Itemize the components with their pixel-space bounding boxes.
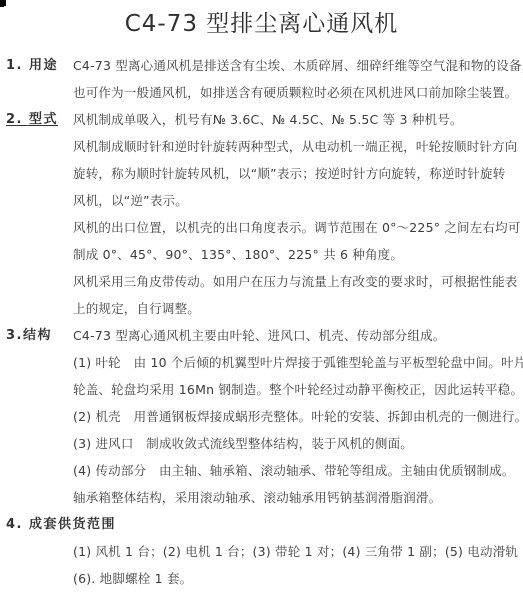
text-line: 风机的出口位置，以机壳的出口角度表示。调节范围在 0°～225° 之间左右均可 — [73, 220, 521, 235]
section-label: 4. 成套供货范围 — [6, 511, 116, 538]
text-line: (6). 地脚螺栓 1 套。 — [73, 571, 192, 586]
text-line-row: 风机，以“逆”表示。 — [0, 187, 523, 214]
text-line: 制成 0°、45°、90°、135°、180°、225° 共 6 种角度。 — [73, 247, 403, 262]
text-line-row: (4) 传动部分 由主轴、轴承箱、滚动轴承、带轮等组成。主轴由优质钢制成。 — [0, 457, 523, 484]
scan-artifact-right — [0, 0, 6, 6]
text-line: (4) 传动部分 由主轴、轴承箱、滚动轴承、带轮等组成。主轴由优质钢制成。 — [73, 463, 515, 478]
text-line-row: 旋转，称为顺时针旋转风机，以“顺”表示；按逆时针方向旋转，称逆时针旋转 — [0, 160, 523, 187]
text-line: 风机，以“逆”表示。 — [73, 193, 188, 208]
text-line: 上的规定，自行调整。 — [73, 301, 200, 316]
text-line: (1) 叶轮 由 10 个后倾的机翼型叶片焊接于弧锥型轮盖与平板型轮盘中间。叶片… — [73, 355, 523, 370]
text-line: 轴承箱整体结构，采用滚动轴承、滚动轴承用钙钠基润滑脂润滑。 — [73, 490, 441, 505]
text-line: C4-73 型离心通风机是排送含有尘埃、木质碎屑、细碎纤维等空气混和物的设备， — [73, 58, 523, 73]
text-line-row: (1) 叶轮 由 10 个后倾的机翼型叶片焊接于弧锥型轮盖与平板型轮盘中间。叶片… — [0, 349, 523, 376]
text-line: C4-73 型离心通风机主要由叶轮、进风口、机壳、传动部分组成。 — [73, 328, 445, 343]
text-line-row: 风机制成顺时针和逆时针旋转两种型式，从电动机一端正视，叶轮按顺时针方向 — [0, 133, 523, 160]
text-line-row: (6). 地脚螺栓 1 套。 — [0, 565, 523, 592]
text-line: 风机制成顺时针和逆时针旋转两种型式，从电动机一端正视，叶轮按顺时针方向 — [73, 139, 518, 154]
document-body: 1. 用途C4-73 型离心通风机是排送含有尘埃、木质碎屑、细碎纤维等空气混和物… — [0, 52, 523, 592]
section-heading-row: 4. 成套供货范围 — [0, 511, 523, 538]
text-line-row: 上的规定，自行调整。 — [0, 295, 523, 322]
text-line: 旋转，称为顺时针旋转风机，以“顺”表示；按逆时针方向旋转，称逆时针旋转 — [73, 166, 505, 181]
text-line-row: 也可作为一般通风机，如排送含有硬质颗粒时必须在风机进风口前加除尘装置。 — [0, 79, 523, 106]
document-page: C4-73 型排尘离心通风机 1. 用途C4-73 型离心通风机是排送含有尘埃、… — [0, 0, 523, 593]
text-line-row: (3) 进风口 制成收敛式流线型整体结构，装于风机的侧面。 — [0, 430, 523, 457]
text-line: 风机采用三角皮带传动。如用户在压力与流量上有改变的要求时，可根据性能表 — [73, 274, 518, 289]
text-line-row: 3.结构C4-73 型离心通风机主要由叶轮、进风口、机壳、传动部分组成。 — [0, 322, 523, 349]
text-line: (2) 机壳 用普通钢板焊接成蜗形壳整体。叶轮的安装、拆卸由机壳的一侧进行。 — [73, 409, 523, 424]
text-line-row: (2) 机壳 用普通钢板焊接成蜗形壳整体。叶轮的安装、拆卸由机壳的一侧进行。 — [0, 403, 523, 430]
text-line-row: 轮盖、轮盘均采用 16Mn 钢制造。整个叶轮经过动静平衡校正，因此运转平稳。 — [0, 376, 523, 403]
text-line: 风机制成单吸入，机号有№ 3.6C、№ 4.5C、№ 5.5C 等 3 种机号。 — [73, 112, 463, 127]
section-label: 1. 用途 — [6, 52, 58, 79]
text-line: 轮盖、轮盘均采用 16Mn 钢制造。整个叶轮经过动静平衡校正，因此运转平稳。 — [73, 382, 523, 397]
text-line-row: (1) 风机 1 台；(2) 电机 1 台；(3) 带轮 1 对；(4) 三角带… — [0, 538, 523, 565]
text-line: 也可作为一般通风机，如排送含有硬质颗粒时必须在风机进风口前加除尘装置。 — [73, 85, 518, 100]
text-line-row: 轴承箱整体结构，采用滚动轴承、滚动轴承用钙钠基润滑脂润滑。 — [0, 484, 523, 511]
text-line-row: 1. 用途C4-73 型离心通风机是排送含有尘埃、木质碎屑、细碎纤维等空气混和物… — [0, 52, 523, 79]
text-line-row: 2. 型式风机制成单吸入，机号有№ 3.6C、№ 4.5C、№ 5.5C 等 3… — [0, 106, 523, 133]
document-title: C4-73 型排尘离心通风机 — [0, 5, 523, 38]
section-label: 2. 型式 — [6, 106, 58, 133]
text-line: (3) 进风口 制成收敛式流线型整体结构，装于风机的侧面。 — [73, 436, 413, 451]
text-line-row: 风机的出口位置，以机壳的出口角度表示。调节范围在 0°～225° 之间左右均可 — [0, 214, 523, 241]
text-line: (1) 风机 1 台；(2) 电机 1 台；(3) 带轮 1 对；(4) 三角带… — [73, 544, 523, 559]
text-line-row: 风机采用三角皮带传动。如用户在压力与流量上有改变的要求时，可根据性能表 — [0, 268, 523, 295]
section-label: 3.结构 — [6, 322, 52, 349]
text-line-row: 制成 0°、45°、90°、135°、180°、225° 共 6 种角度。 — [0, 241, 523, 268]
